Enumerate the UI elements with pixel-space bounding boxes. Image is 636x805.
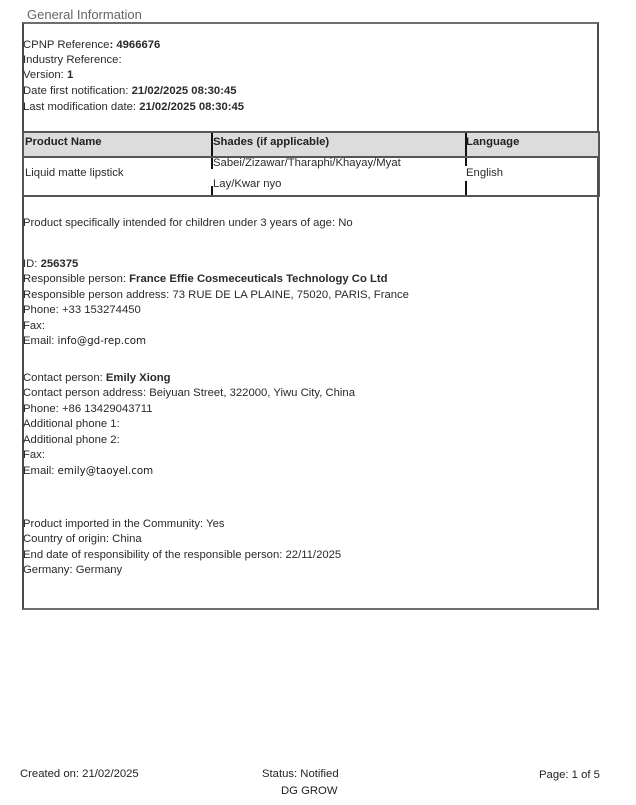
contact-person-label: Contact person: [23,372,106,384]
contact-person: Contact person: Emily Xiong [23,371,171,387]
germany: Germany: Germany [23,563,122,579]
responsible-fax: Fax: [23,319,45,335]
id-label: ID: [23,258,41,270]
email-label: Email: [23,335,58,347]
product-table: Product Name Shades (if applicable) Lang… [22,131,600,197]
end-date-responsibility: End date of responsibility of the respon… [23,548,341,564]
footer-org: DG GROW [281,785,337,797]
responsible-id: ID: 256375 [23,257,78,273]
footer-page-number: Page: 1 of 5 [539,769,600,781]
shades-cell-line1: Sabei/Zizawar/Tharaphi/Khayay/Myat [213,157,401,169]
last-modification-label: Last modification date: [23,101,139,113]
language-cell: English [466,167,503,179]
contact-additional-phone-2: Additional phone 2: [23,433,120,449]
contact-email-label: Email: [23,465,58,477]
header-language: Language [466,136,519,148]
children-under-3: Product specifically intended for childr… [23,216,353,232]
responsible-address: Responsible person address: 73 RUE DE LA… [23,288,409,304]
id-value: 256375 [41,258,79,270]
contact-email-value: emily@taoyel.com [58,465,154,477]
contact-person-value: Emily Xiong [106,372,171,384]
country-of-origin: Country of origin: China [23,532,142,548]
contact-fax: Fax: [23,448,45,464]
responsible-person: Responsible person: France Effie Cosmece… [23,272,388,288]
responsible-person-label: Responsible person: [23,273,129,285]
footer-created-on: Created on: 21/02/2025 [20,768,139,780]
contact-phone: Phone: +86 13429043711 [23,402,153,418]
column-divider [465,133,467,156]
version-label: Version: [23,69,67,81]
column-divider [465,181,467,195]
responsible-phone: Phone: +33 153274450 [23,303,141,319]
column-divider [465,158,467,166]
header-product-name: Product Name [25,136,102,148]
footer-status: Status: Notified [262,768,339,780]
responsible-person-value: France Effie Cosmeceuticals Technology C… [129,273,387,285]
first-notification-label: Date first notification: [23,85,132,97]
product-imported: Product imported in the Community: Yes [23,517,225,533]
column-divider [211,133,213,156]
date-first-notification: Date first notification: 21/02/2025 08:3… [23,84,237,100]
industry-reference: Industry Reference: [23,53,122,69]
last-modification-value: 21/02/2025 08:30:45 [139,101,244,113]
contact-address: Contact person address: Beiyuan Street, … [23,386,355,402]
version-value: 1 [67,69,73,81]
contact-additional-phone-1: Additional phone 1: [23,417,120,433]
section-title: General Information [27,7,142,22]
shades-cell-line2: Lay/Kwar nyo [213,178,281,190]
version: Version: 1 [23,68,73,84]
first-notification-value: 21/02/2025 08:30:45 [132,85,237,97]
product-name-cell: Liquid matte lipstick [25,167,124,179]
last-modification-date: Last modification date: 21/02/2025 08:30… [23,100,244,116]
responsible-email: Email: info@gd-rep.com [23,334,146,350]
responsible-email-value: info@gd-rep.com [58,335,147,347]
contact-email: Email: emily@taoyel.com [23,464,153,480]
cpnp-value: 4966676 [116,39,160,51]
cpnp-label: CPNP Reference [23,39,109,51]
header-shades: Shades (if applicable) [213,136,329,148]
cpnp-reference: CPNP Reference: 4966676 [23,38,160,54]
